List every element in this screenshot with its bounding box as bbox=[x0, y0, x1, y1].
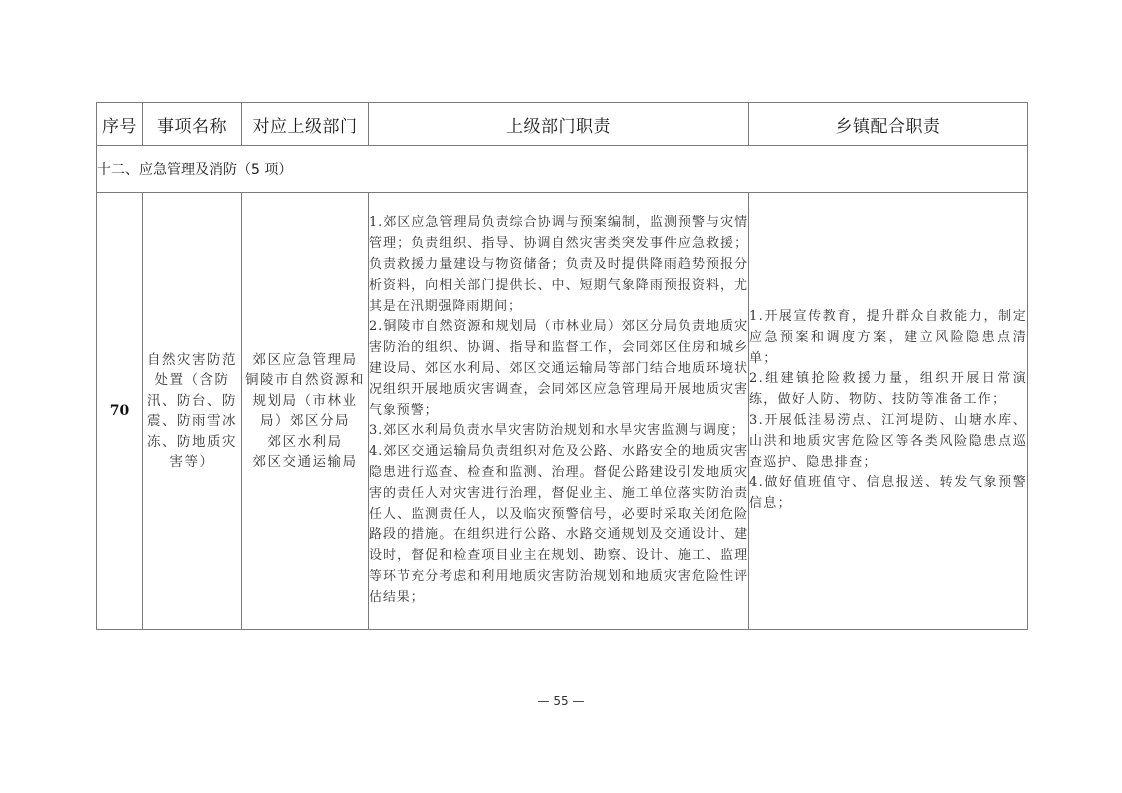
duty-item: 1.郊区应急管理局负责综合协调与预案编制，监测预警与灾情管理；负责组织、指导、协… bbox=[369, 213, 748, 317]
header-township-duties: 乡镇配合职责 bbox=[749, 103, 1028, 146]
departments-cell: 郊区应急管理局 铜陵市自然资源和规划局（市林业局）郊区分局 郊区水利局 郊区交通… bbox=[242, 193, 369, 630]
duty-item: 4.做好值班值守、信息报送、转发气象预警信息； bbox=[749, 473, 1027, 515]
duty-table: 序号 事项名称 对应上级部门 上级部门职责 乡镇配合职责 十二、应急管理及消防（… bbox=[96, 102, 1028, 630]
township-duties-cell: 1.开展宣传教育，提升群众自救能力，制定应急预案和调度方案，建立风险隐患点清单；… bbox=[749, 193, 1028, 630]
section-row: 十二、应急管理及消防（5 项） bbox=[97, 146, 1028, 193]
department: 郊区水利局 bbox=[242, 432, 368, 453]
department: 郊区应急管理局 bbox=[242, 350, 368, 371]
duty-item: 3.郊区水利局负责水旱灾害防治规划和水旱灾害监测与调度； bbox=[369, 421, 748, 442]
section-title: 十二、应急管理及消防（5 项） bbox=[97, 146, 1028, 193]
item-name: 自然灾害防范处置（含防汛、防台、防震、防雨雪冰冻、防地质灾害等） bbox=[143, 193, 242, 630]
duty-item: 4.郊区交通运输局负责组织对危及公路、水路安全的地质灾害隐患进行巡查、检查和监测… bbox=[369, 442, 748, 608]
department: 郊区交通运输局 bbox=[242, 452, 368, 473]
page-number: — 55 — bbox=[0, 694, 1122, 708]
duty-item: 1.开展宣传教育，提升群众自救能力，制定应急预案和调度方案，建立风险隐患点清单； bbox=[749, 307, 1027, 369]
header-item-name: 事项名称 bbox=[143, 103, 242, 146]
header-row: 序号 事项名称 对应上级部门 上级部门职责 乡镇配合职责 bbox=[97, 103, 1028, 146]
duty-item: 2.组建镇抢险救援力量，组织开展日常演练，做好人防、物防、技防等准备工作； bbox=[749, 369, 1027, 411]
duty-item: 3.开展低洼易涝点、江河堤防、山塘水库、山洪和地质灾害危险区等各类风险隐患点巡查… bbox=[749, 411, 1027, 473]
department: 铜陵市自然资源和规划局（市林业局）郊区分局 bbox=[242, 370, 368, 432]
header-superior-duties: 上级部门职责 bbox=[369, 103, 749, 146]
header-superior-dept: 对应上级部门 bbox=[242, 103, 369, 146]
superior-duties-cell: 1.郊区应急管理局负责综合协调与预案编制，监测预警与灾情管理；负责组织、指导、协… bbox=[369, 193, 749, 630]
table-row: 70 自然灾害防范处置（含防汛、防台、防震、防雨雪冰冻、防地质灾害等） 郊区应急… bbox=[97, 193, 1028, 630]
row-number: 70 bbox=[97, 193, 143, 630]
header-number: 序号 bbox=[97, 103, 143, 146]
duty-item: 2.铜陵市自然资源和规划局（市林业局）郊区分局负责地质灾害防治的组织、协调、指导… bbox=[369, 317, 748, 421]
